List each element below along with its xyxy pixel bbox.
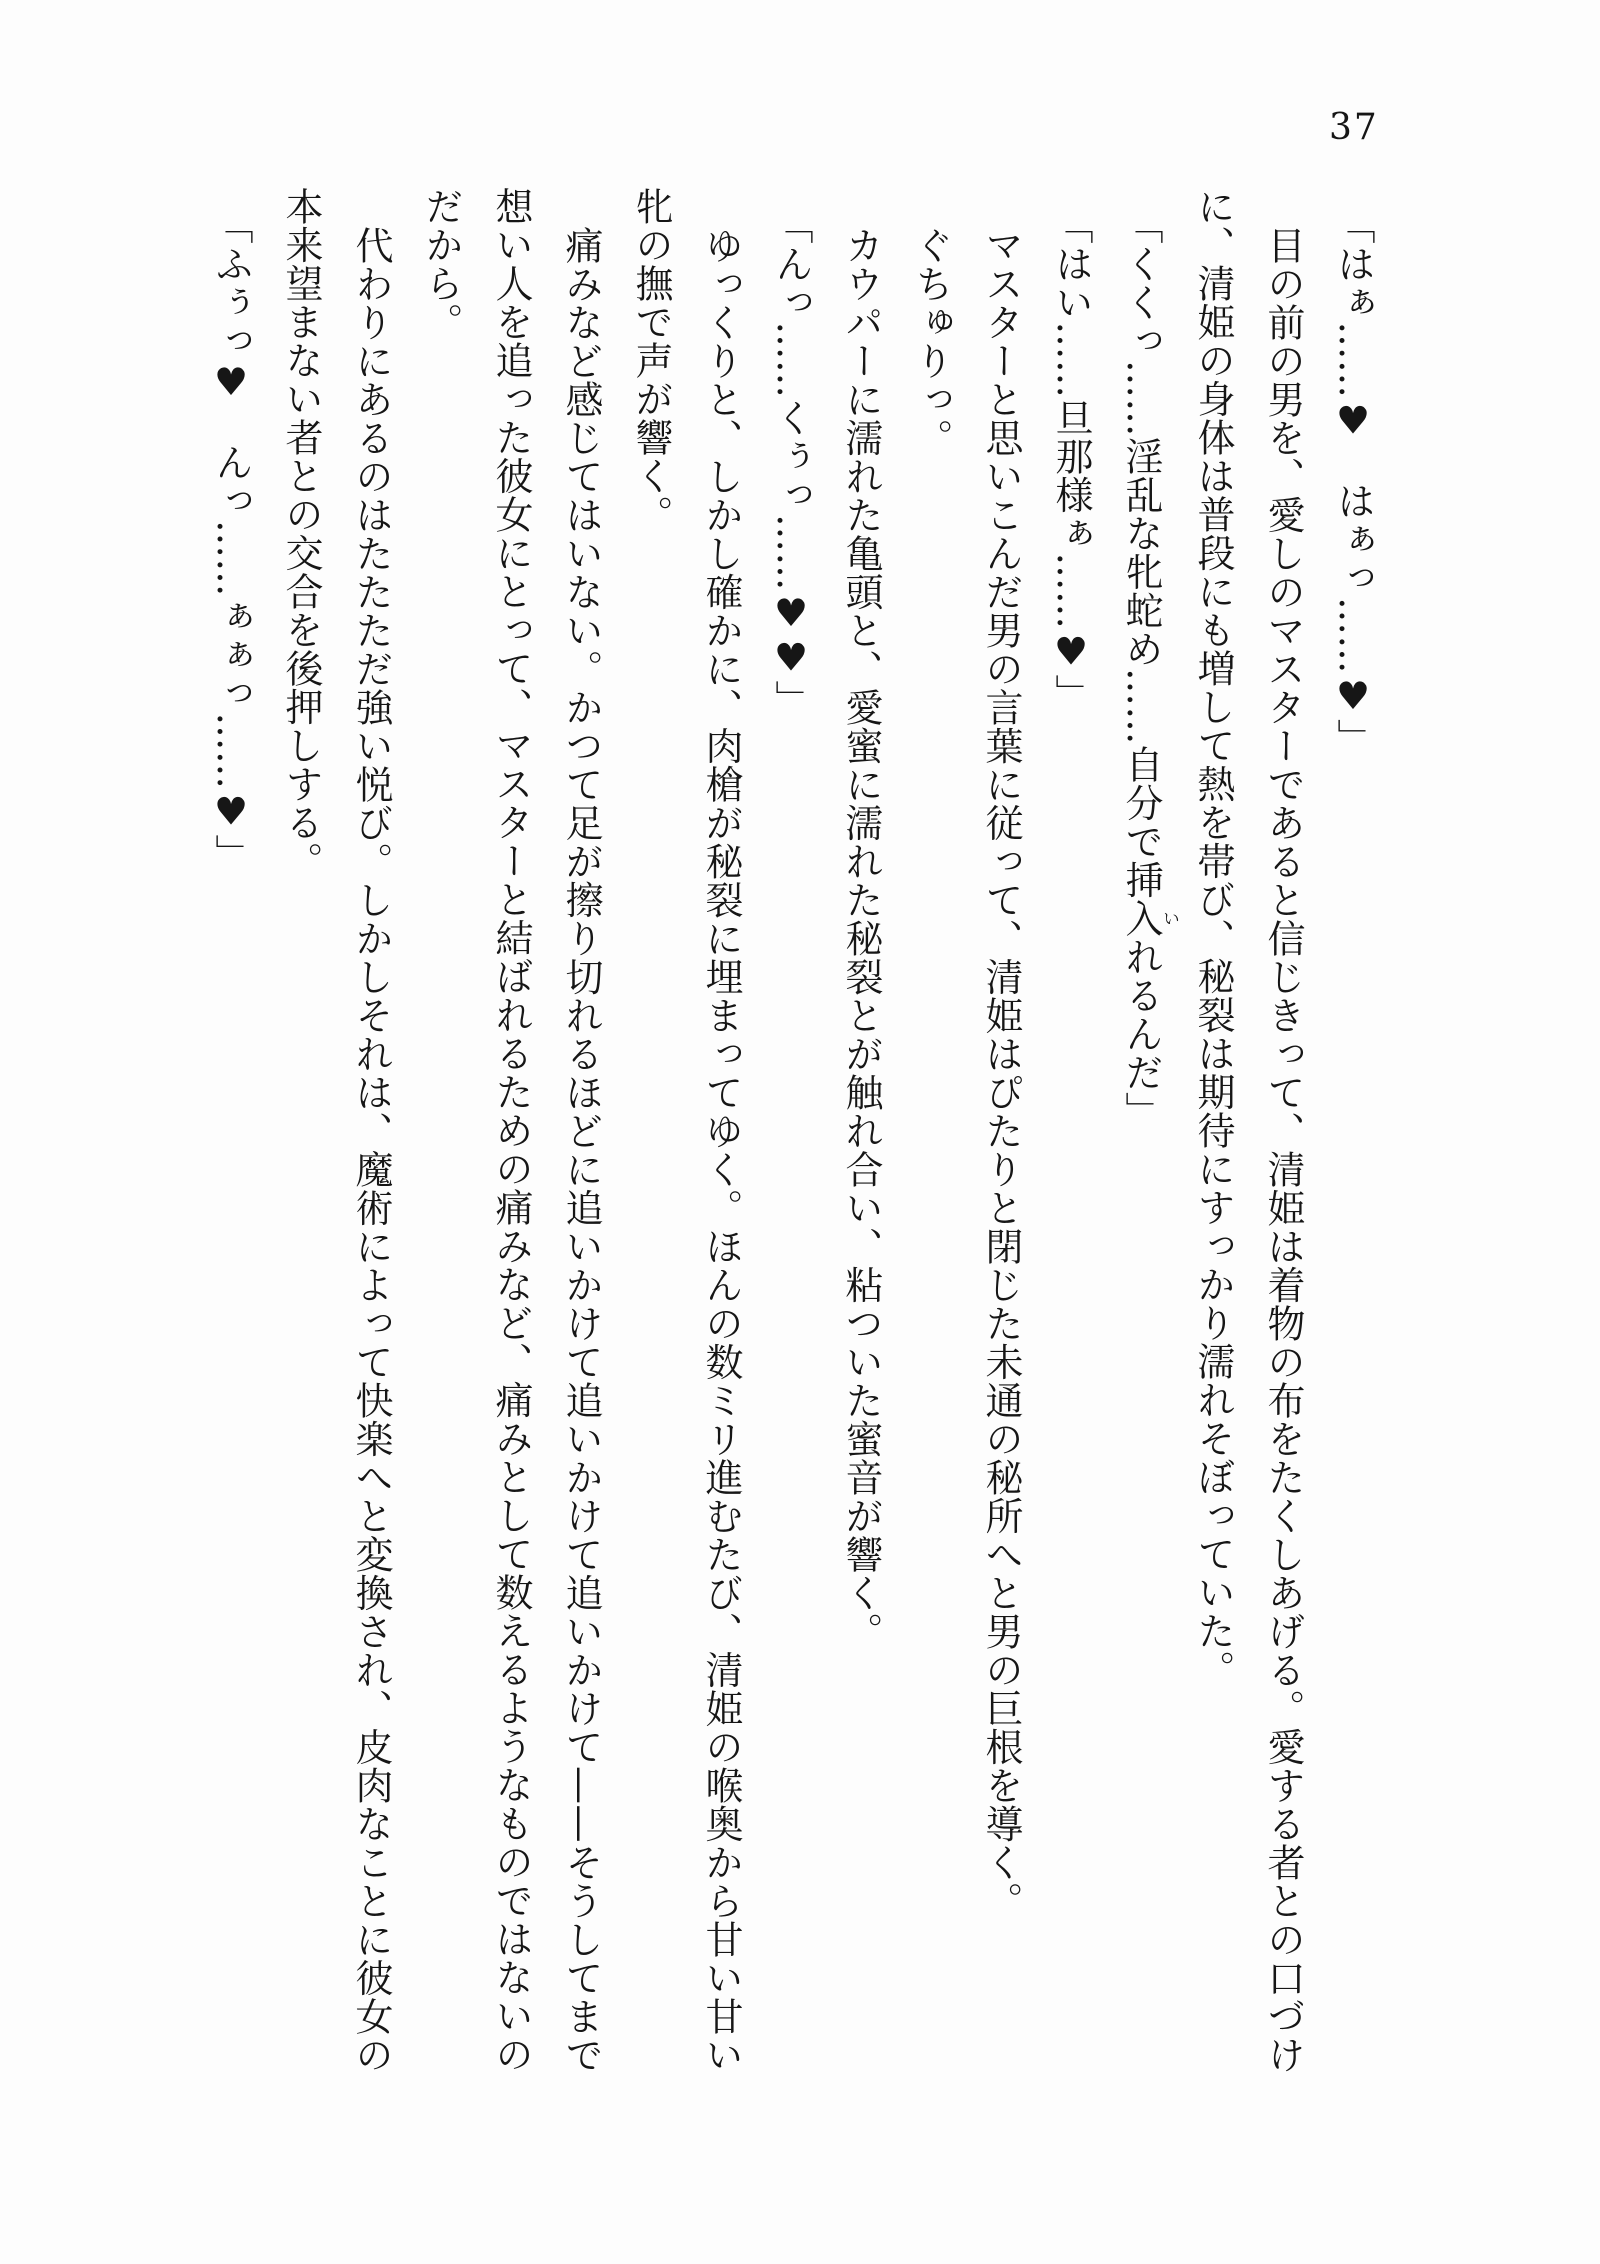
narration-paragraph: 代わりにあるのはたたただ強い悦び。しかしそれは、魔術によって快楽へと変換され、皮… bbox=[266, 187, 406, 2079]
dialogue-line: 「くくっ……淫乱な牝蛇め……自分で挿入いれるんだ」 bbox=[1106, 187, 1178, 2079]
narration-paragraph: 目の前の男を、愛しのマスターであると信じきって、清姫は着物の布をたくしあげる。愛… bbox=[1178, 187, 1318, 2079]
narration-paragraph: ぐちゅりっ。 bbox=[896, 187, 966, 2079]
narration-paragraph: ゆっくりと、しかし確かに、肉槍が秘裂に埋まってゆく。ほんの数ミリ進むたび、清姫の… bbox=[616, 187, 756, 2079]
narration-paragraph: カウパーに濡れた亀頭と、愛蜜に濡れた秘裂とが触れ合い、粘ついた蜜音が響く。 bbox=[826, 187, 896, 2079]
dialogue-line: 「はい……旦那様ぁ……♥」 bbox=[1036, 187, 1106, 2079]
page-text-column-block: 「はぁ……♥ はぁっ……♥」目の前の男を、愛しのマスターであると信じきって、清姫… bbox=[196, 187, 1388, 2079]
furigana-ruby: 入い bbox=[1119, 899, 1163, 938]
book-page: { "page": { "number": "37" }, "colors": … bbox=[0, 0, 1600, 2264]
page-number: 37 bbox=[1329, 110, 1379, 146]
narration-paragraph: 痛みなど感じてはいない。かつて足が擦り切れるほどに追いかけて追いかけて追いかけて… bbox=[406, 187, 616, 2079]
dialogue-line: 「ふぅっ♥ んっ……ぁぁっ……♥」 bbox=[196, 187, 266, 2079]
narration-paragraph: マスターと思いこんだ男の言葉に従って、清姫はぴたりと閉じた未通の秘所へと男の巨根… bbox=[966, 187, 1036, 2079]
dialogue-line: 「はぁ……♥ はぁっ……♥」 bbox=[1318, 187, 1388, 2079]
dialogue-line: 「んっ……くぅっ……♥♥」 bbox=[756, 187, 826, 2079]
